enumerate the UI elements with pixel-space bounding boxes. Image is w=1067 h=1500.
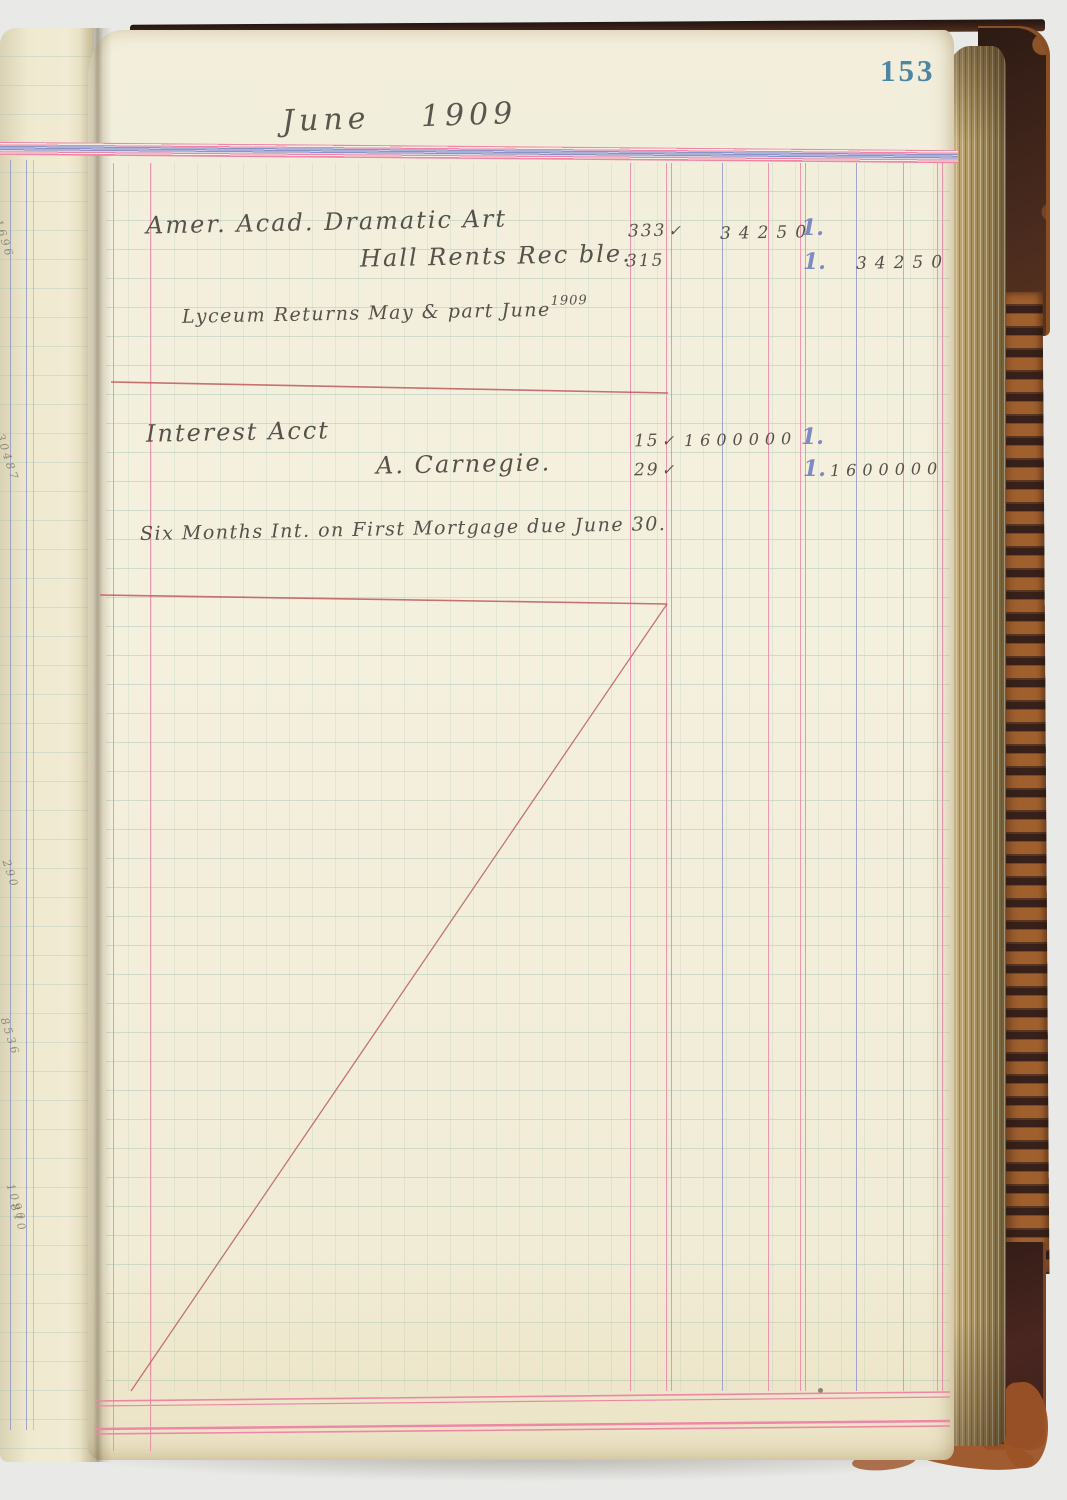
entry2-debit-folio-number: 15 bbox=[634, 431, 660, 451]
entry2-credit-amount: 1600000 bbox=[830, 459, 944, 480]
entry2-debit-checkmark: ✓ bbox=[661, 432, 676, 450]
debit-credit-divider-rule bbox=[805, 163, 806, 1391]
ledger-photograph: 1696 30487 290 8536 1090 810 153 June 19… bbox=[0, 0, 1067, 1500]
entry1-debit-folio: 333✓ bbox=[628, 220, 683, 241]
entry1-credit-folio-number: 315 bbox=[626, 251, 665, 272]
entry1-debit-checkmark: ✓ bbox=[668, 221, 683, 239]
amount-column-rule bbox=[722, 163, 723, 1391]
entry2-credit-posting-mark: 1. bbox=[803, 456, 826, 482]
amount-column-rule bbox=[768, 163, 769, 1391]
folio-column-rule bbox=[666, 163, 667, 1391]
entry1-credit-posting-mark: 1. bbox=[803, 249, 826, 275]
folio-column-rule bbox=[630, 163, 631, 1391]
entry2-debit-posting-mark: 1. bbox=[801, 424, 824, 450]
opposite-page-rule bbox=[10, 160, 11, 1430]
folio-column-rule bbox=[671, 163, 672, 1391]
entry2-credit-checkmark: ✓ bbox=[661, 461, 676, 479]
binding-gutter-shadow bbox=[80, 28, 112, 1462]
entry2-credit-account: A. Carnegie. bbox=[376, 448, 552, 479]
amount-column-rule bbox=[856, 163, 857, 1391]
entry1-credit-amount: 34250 bbox=[856, 252, 950, 274]
opposite-page-rule bbox=[33, 160, 34, 1430]
debit-credit-divider-rule bbox=[800, 163, 801, 1391]
entry2-debit-account: Interest Acct bbox=[146, 416, 330, 448]
entry1-debit-folio-number: 333 bbox=[628, 221, 667, 242]
page-number: 153 bbox=[880, 53, 936, 89]
entry1-debit-posting-mark: 1. bbox=[801, 215, 824, 241]
entry1-credit-folio: 315 bbox=[626, 251, 667, 272]
amount-column-rule bbox=[903, 163, 904, 1391]
margin-rule bbox=[150, 163, 151, 1451]
right-edge-rule bbox=[937, 163, 938, 1391]
opposite-page-rule bbox=[26, 160, 27, 1430]
entry2-debit-folio: 15✓ bbox=[634, 431, 677, 452]
entry1-credit-account: Hall Rents Rec ble. bbox=[360, 239, 632, 272]
margin-rule bbox=[113, 163, 114, 1451]
faint-ruled-grid bbox=[106, 163, 950, 1391]
entry2-credit-folio-number: 29 bbox=[634, 460, 660, 480]
entry2-debit-amount: 1600000 bbox=[684, 429, 798, 450]
entry1-memo-year: 1909 bbox=[550, 293, 587, 309]
entry2-credit-folio: 29✓ bbox=[634, 460, 677, 481]
ink-dot bbox=[818, 1388, 823, 1393]
right-edge-rule bbox=[942, 163, 943, 1391]
